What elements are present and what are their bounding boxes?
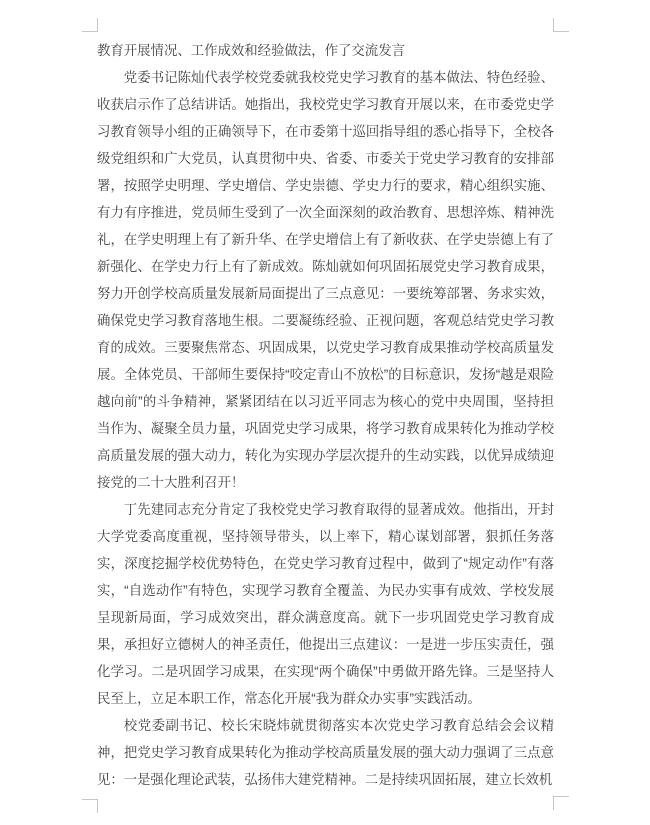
paragraph-continuation: 教育开展情况、工作成效和经验做法，作了交流发言 [97, 37, 554, 64]
text-boundary-mark-bottom-right [553, 796, 569, 810]
document-page: 教育开展情况、工作成效和经验做法，作了交流发言 党委书记陈灿代表学校党委就我校党… [0, 0, 650, 825]
text-boundary-mark-top-left [82, 18, 98, 32]
document-text-area: 教育开展情况、工作成效和经验做法，作了交流发言 党委书记陈灿代表学校党委就我校党… [97, 37, 554, 793]
paragraph-president-remarks: 校党委副书记、校长宋晓炜就贯彻落实本次党史学习教育总结会会议精神，把党史学习教育… [97, 712, 554, 793]
paragraph-comrade-remarks: 丁先建同志充分肯定了我校党史学习教育取得的显著成效。他指出，开封大学党委高度重视… [97, 496, 554, 712]
text-boundary-mark-bottom-left [82, 799, 98, 813]
text-boundary-mark-top-right [553, 18, 569, 32]
paragraph-secretary-speech: 党委书记陈灿代表学校党委就我校党史学习教育的基本做法、特色经验、收获启示作了总结… [97, 64, 554, 496]
